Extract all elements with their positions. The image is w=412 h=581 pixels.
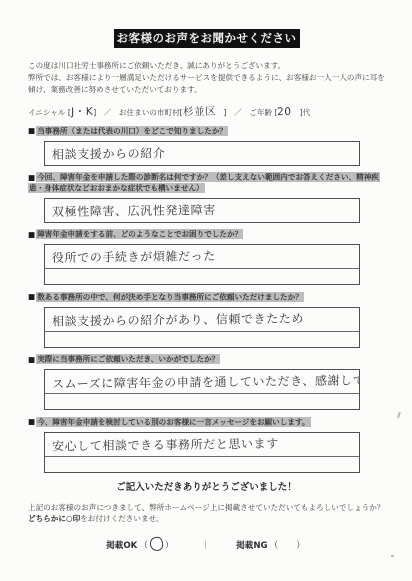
bullet-square-icon: ■ — [28, 173, 35, 182]
answer-row: スムーズに障害年金の申請を通していただき、感謝しています — [45, 370, 359, 393]
answer-box-5: スムーズに障害年金の申請を通していただき、感謝しています — [44, 369, 360, 410]
question-4-heading: ■数ある事務所の中で、何が決め手となり当事務所にご依頼いただけましたか？ — [28, 292, 385, 303]
bullet-square-icon: ■ — [28, 292, 35, 301]
question-4-label: 数ある事務所の中で、何が決め手となり当事務所にご依頼いただけましたか？ — [36, 292, 304, 302]
city-value-handwritten: 杉並区 — [183, 104, 217, 120]
answer-row-empty — [45, 331, 359, 347]
answer-box-3: 役所での手続きが煩雑だった — [44, 244, 360, 285]
publish-ng-label: 掲載NG — [236, 541, 267, 551]
handwritten-answer-2: 双極性障害、広汎性発達障害 — [52, 201, 216, 220]
initial-label: イニシャル [ — [28, 108, 71, 117]
permission-bold-text: どちらかに○印 — [28, 514, 80, 523]
thanks-message: ご記入いただきありがとうございました！ — [28, 479, 385, 493]
scan-artifact — [391, 555, 394, 557]
open-paren: （ — [270, 541, 279, 551]
intro-text: この度は川口社労士事務所にご依頼いただき、誠にありがとうございます。弊所では、お… — [28, 60, 385, 95]
answer-row-empty — [45, 393, 359, 409]
permission-normal-text: 上記のお客様のお声につきまして、弊所ホームページ上に掲載させていただいてもよろし… — [28, 503, 384, 512]
question-3-label: 障害年金申請をする前、どのようなことでお困りでしたか？ — [36, 229, 243, 239]
customer-feedback-form: お客様のお声をお聞かせください この度は川口社労士事務所にご依頼いただき、誠にあ… — [0, 0, 412, 581]
form-title: お客様のお声をお聞かせください — [114, 29, 300, 48]
answer-box-4: 相談支援からの紹介があり、信頼できたため — [44, 307, 360, 348]
question-2-label: 今回、障害年金を申請した際の診断名は何ですか？（差し支えない範囲内でお答えくださ… — [28, 172, 380, 193]
bullet-square-icon: ■ — [28, 355, 35, 364]
intro-line-2: 弊所では、お客様により一層満足いただけるサービスを提供できるように、お客様お一人… — [28, 73, 385, 94]
answer-box-2: 双極性障害、広汎性発達障害 — [44, 198, 360, 223]
question-6-label: 今、障害年金申請を検討している別のお客様に一言メッセージをお願いします。 — [36, 417, 310, 427]
publish-choice-line: 掲載OK（）｜掲載NG（） — [28, 537, 385, 551]
publish-ok-label: 掲載OK — [106, 541, 137, 551]
close-paren: ） — [165, 541, 174, 551]
intro-line-1: この度は川口社労士事務所にご依頼いただき、誠にありがとうございます。 — [28, 61, 285, 70]
handwritten-answer-4: 相談支援からの紹介があり、信頼できたため — [52, 309, 304, 329]
answer-row: 役所での手続きが煩雑だった — [45, 245, 359, 268]
bullet-square-icon: ■ — [28, 417, 35, 426]
permission-tail-text: をお付けくださいませ。 — [80, 514, 163, 523]
question-5-heading: ■実際に当事務所にご依頼いただき、いかがでしたか？ — [28, 355, 385, 366]
answer-row-empty — [45, 268, 359, 284]
answer-row: 相談支援からの紹介があり、信頼できたため — [45, 308, 359, 331]
question-1-heading: ■当事務所（または代表の川口）をどこで知りましたか？ — [28, 126, 385, 137]
answer-row: 双極性障害、広汎性発達障害 — [45, 199, 359, 222]
age-value-handwritten: 20 — [277, 106, 292, 118]
answer-box-6: 安心して相談できる事務所だと思います — [44, 432, 360, 473]
profile-line: イニシャル [J・K] ／ お住まいの市町村[杉並区 ] ／ ご年齢 [20 ]… — [28, 104, 385, 119]
handwritten-answer-5: スムーズに障害年金の申請を通していただき、感謝しています — [52, 371, 359, 392]
question-5-label: 実際に当事務所にご依頼いただき、いかがでしたか？ — [36, 354, 220, 364]
question-1-label: 当事務所（または代表の川口）をどこで知りましたか？ — [36, 126, 228, 136]
after-initial-label: ] ／ お住まいの市町村[ — [93, 108, 182, 117]
question-3-heading: ■障害年金申請をする前、どのようなことでお困りでしたか？ — [28, 230, 385, 241]
handwritten-answer-3: 役所での手続きが煩雑だった — [52, 247, 216, 266]
answer-row: 安心して相談できる事務所だと思います — [45, 433, 359, 456]
bullet-square-icon: ■ — [28, 126, 35, 135]
answer-box-1: 相談支援からの紹介 — [44, 141, 360, 166]
handwritten-answer-6: 安心して相談できる事務所だと思います — [52, 435, 279, 455]
answer-row-empty — [45, 456, 359, 472]
publish-ok-circle-mark — [149, 536, 164, 552]
question-6-heading: ■今、障害年金申請を検討している別のお客様に一言メッセージをお願いします。 — [28, 417, 385, 428]
answer-row: 相談支援からの紹介 — [45, 142, 359, 165]
after-age-label: ]代 — [292, 108, 310, 117]
after-city-label: ] ／ ご年齢 [ — [216, 108, 278, 117]
scan-artifact — [397, 412, 401, 418]
initial-value-handwritten: J・K — [71, 104, 94, 119]
publish-permission-text: 上記のお客様のお声につきまして、弊所ホームページ上に掲載させていただいてもよろし… — [28, 502, 385, 525]
question-2-heading: ■今回、障害年金を申請した際の診断名は何ですか？（差し支えない範囲内でお答えくだ… — [28, 173, 385, 194]
close-paren: ） — [296, 541, 305, 551]
open-paren: （ — [139, 541, 148, 551]
divider-bar: ｜ — [202, 541, 211, 551]
handwritten-answer-1: 相談支援からの紹介 — [52, 144, 166, 162]
bullet-square-icon: ■ — [28, 230, 35, 239]
